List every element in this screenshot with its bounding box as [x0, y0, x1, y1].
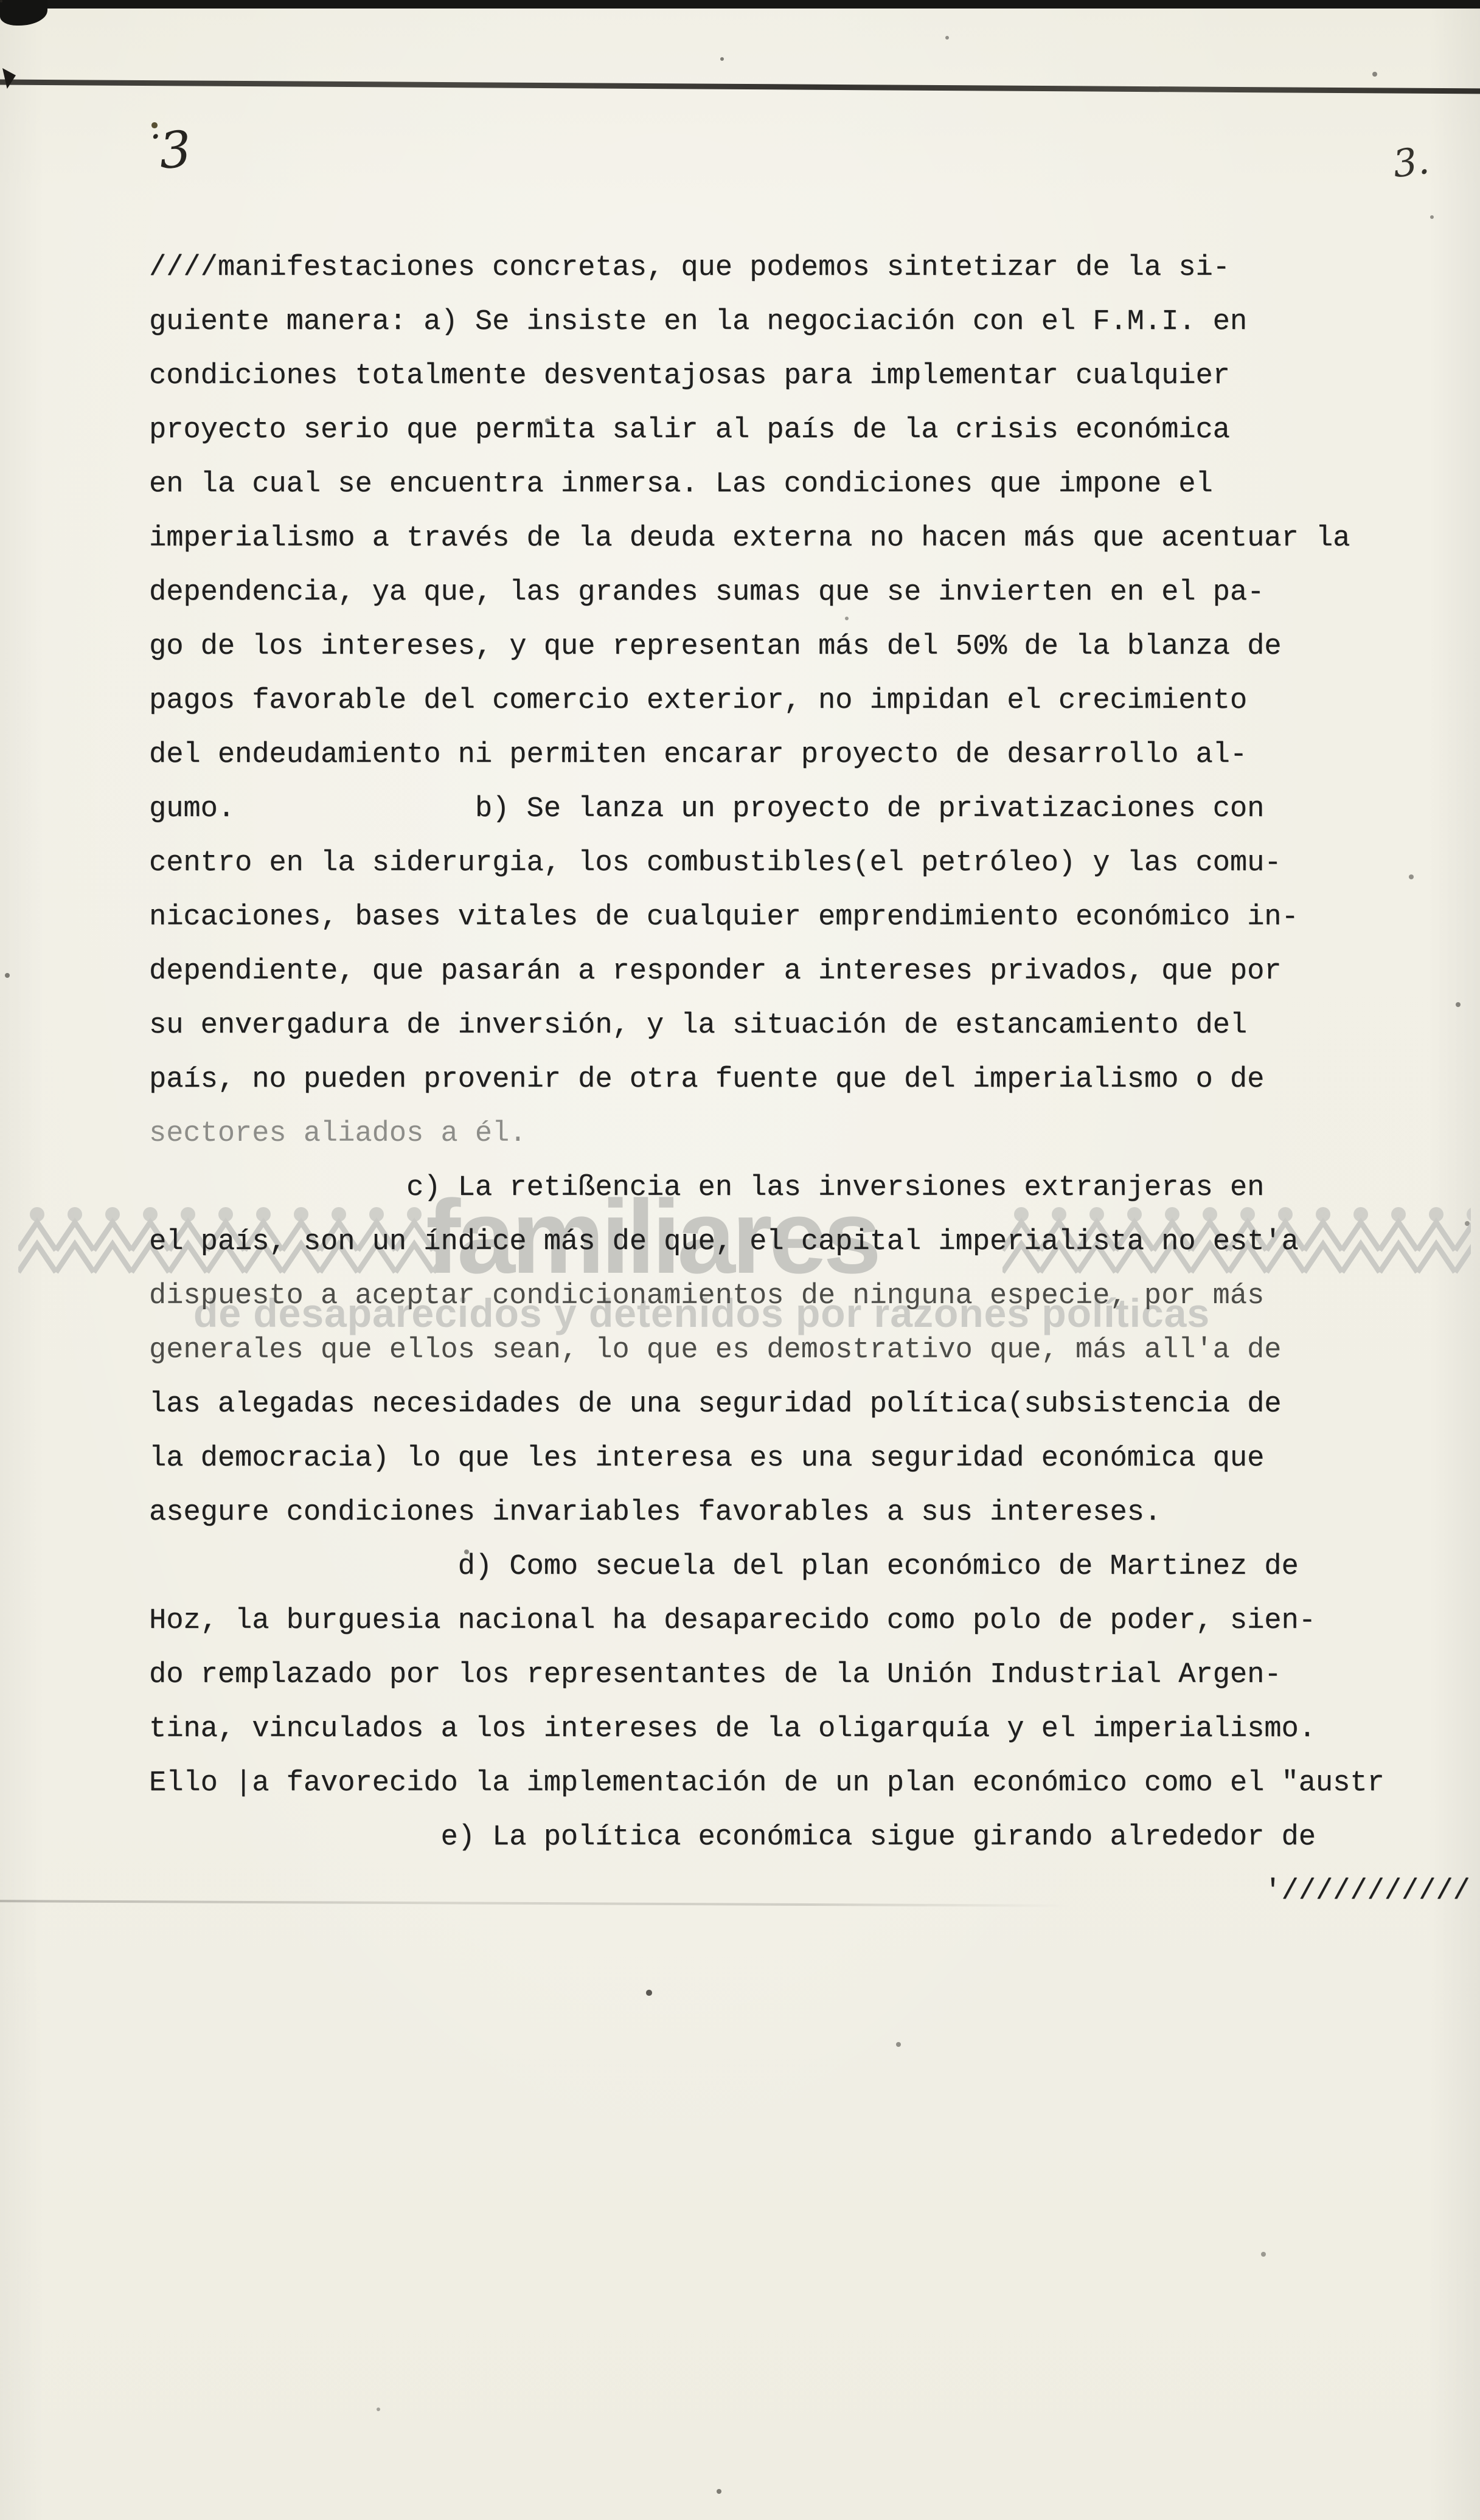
text-line: país, no pueden provenir de otra fuente … [149, 1053, 1470, 1107]
text-line: ////manifestaciones concretas, que podem… [149, 241, 1470, 295]
text-line: proyecto serio que permita salir al país… [149, 403, 1470, 457]
text-line: go de los intereses, y que representan m… [149, 620, 1470, 674]
text-line: e) La política económica sigue girando a… [149, 1810, 1470, 1864]
text-line: tina, vinculados a los intereses de la o… [149, 1702, 1470, 1756]
text-line: la democracia) lo que les interesa es un… [149, 1431, 1470, 1486]
text-line: Hoz, la burguesia nacional ha desapareci… [149, 1594, 1470, 1648]
text-line: do remplazado por los representantes de … [149, 1648, 1470, 1702]
text-line: dependiente, que pasarán a responder a i… [149, 944, 1470, 999]
text-line: del endeudamiento ni permiten encarar pr… [149, 728, 1470, 782]
text-line: guiente manera: a) Se insiste en la nego… [149, 295, 1470, 349]
text-line: en la cual se encuentra inmersa. Las con… [149, 457, 1470, 511]
text-line: pagos favorable del comercio exterior, n… [149, 674, 1470, 728]
scan-corner-blob [0, 0, 47, 26]
page-number-right: 3. [1391, 138, 1432, 187]
text-line: asegure condiciones invariables favorabl… [149, 1486, 1470, 1540]
text-line: su envergadura de inversión, y la situac… [149, 999, 1470, 1053]
text-line: dependencia, ya que, las grandes sumas q… [149, 566, 1470, 620]
document-text: ////manifestaciones concretas, que podem… [149, 241, 1470, 1919]
text-line: dispuesto a aceptar condicionamientos de… [149, 1269, 1470, 1323]
ink-smudge [2, 68, 16, 89]
text-line: d) Como secuela del plan económico de Ma… [149, 1540, 1470, 1594]
text-line: centro en la siderurgia, los combustible… [149, 836, 1470, 890]
document-page: 3 3. familiares de desaparecidos y deten… [0, 0, 1480, 2520]
text-line: generales que ellos sean, lo que es demo… [149, 1323, 1470, 1377]
text-line: '/////////// [149, 1864, 1470, 1919]
text-line: Ello |a favorecido la implementación de … [149, 1756, 1470, 1810]
page-number-left: 3 [158, 120, 193, 180]
text-line: el país, son un índice más de que, el ca… [149, 1215, 1470, 1269]
scratch-line [0, 79, 1480, 94]
paper-specks [0, 0, 2, 2]
text-line: gumo. b) Se lanza un proyecto de privati… [149, 782, 1470, 836]
text-line: nicaciones, bases vitales de cualquier e… [149, 890, 1470, 944]
scan-edge-top [0, 0, 1480, 9]
text-line: c) La retißencia en las inversiones extr… [149, 1161, 1470, 1215]
text-line: las alegadas necesidades de una segurida… [149, 1377, 1470, 1431]
text-line: condiciones totalmente desventajosas par… [149, 349, 1470, 403]
text-line: imperialismo a través de la deuda extern… [149, 511, 1470, 566]
text-line: sectores aliados a él. [149, 1107, 1470, 1161]
